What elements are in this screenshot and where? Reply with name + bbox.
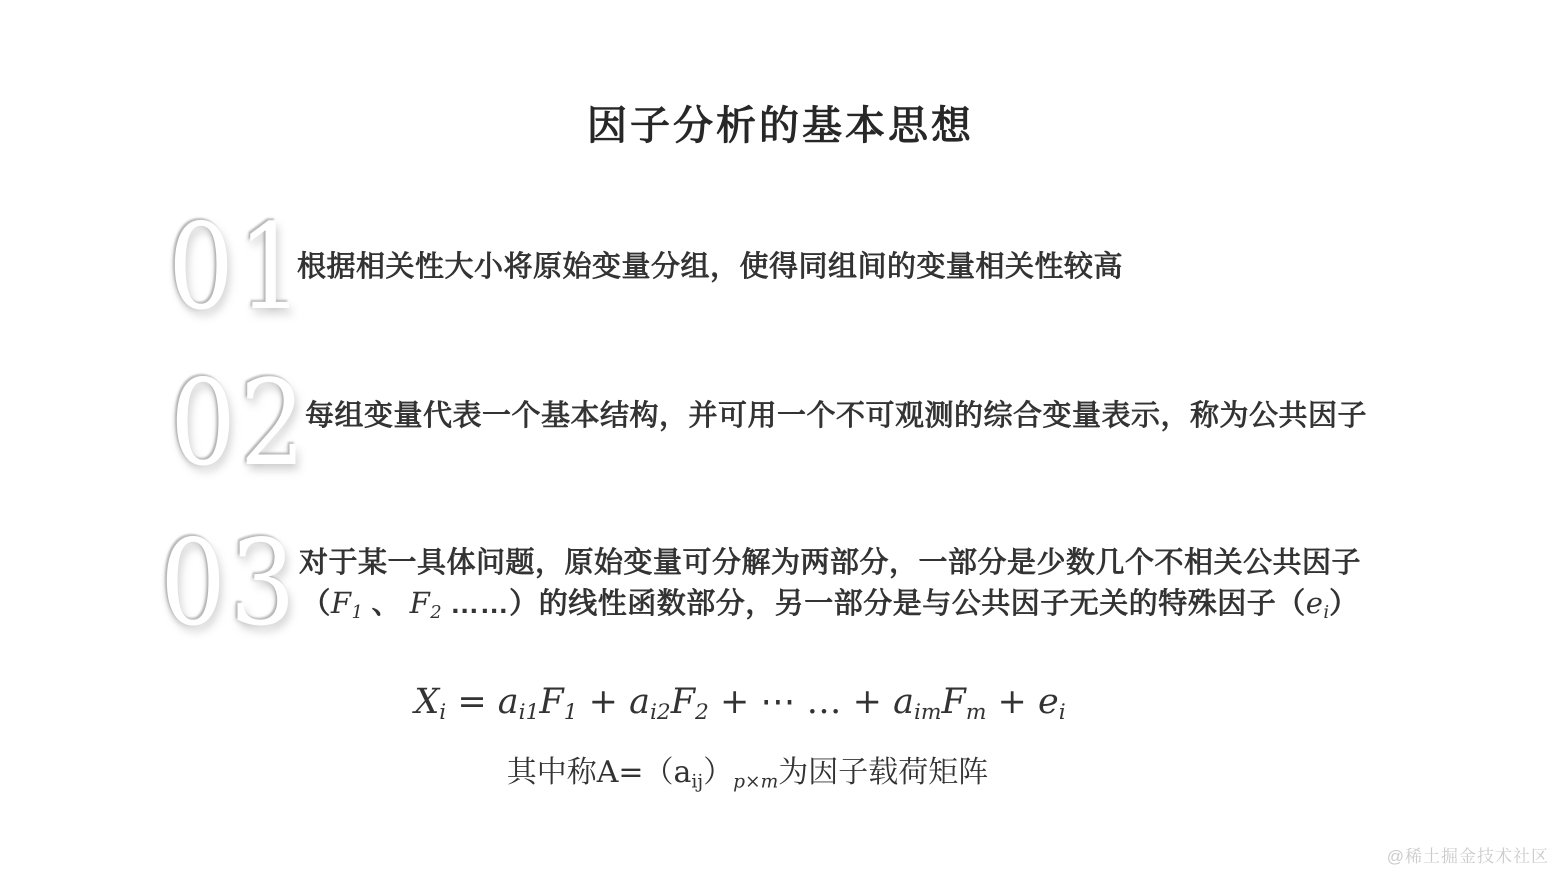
point-1-text: 根据相关性大小将原始变量分组，使得同组间的变量相关性较高 xyxy=(297,247,1123,287)
math-var-a: a xyxy=(674,755,692,790)
point-3-line2-text: 的线性函数部分，另一部分是与公共因子无关的特殊因子（ xyxy=(539,588,1306,620)
math-sub-f1: 1 xyxy=(564,700,578,725)
math-sub-fm: m xyxy=(966,700,987,725)
plus-sign-2: + xyxy=(986,682,1038,722)
caption-tail: 为因子载荷矩阵 xyxy=(778,755,988,790)
paren-open: （ xyxy=(644,755,674,790)
math-var-Fm: F xyxy=(942,682,966,722)
math-sub-2: 2 xyxy=(430,602,441,623)
math-var-a1: a xyxy=(498,682,519,722)
factor-model-formula: Xi = ai1F1 + ai2F2 + ⋯ … + aimFm + ei xyxy=(0,678,1480,737)
math-var-e: e xyxy=(1038,682,1059,722)
math-sub-im: im xyxy=(914,700,942,725)
caption-lead: 其中称A= xyxy=(507,755,644,790)
plus-ellipsis: + ⋯ … + xyxy=(709,682,893,722)
point-2-number: 02 xyxy=(170,364,309,482)
point-1-number: 01 xyxy=(168,208,307,326)
math-sub-i1: i1 xyxy=(519,700,540,725)
math-sub-ei: i xyxy=(1059,700,1066,725)
math-var-F1: F xyxy=(539,682,563,722)
math-var-X: X xyxy=(414,682,439,722)
math-sub-ij: ij xyxy=(691,772,703,793)
point-3-text: 对于某一具体问题，原始变量可分解为两部分，一部分是少数几个不相关公共因子 （F1… xyxy=(245,543,1415,633)
loading-matrix-caption: 其中称A=（aij）p×m为因子载荷矩阵 xyxy=(0,750,1495,806)
math-var-F1: F xyxy=(331,586,352,620)
watermark: @稀土掘金技术社区 xyxy=(1387,842,1549,867)
plus-sign: + xyxy=(578,682,630,722)
paren-close: ） xyxy=(1329,588,1359,620)
math-sub-pxm: p×m xyxy=(733,772,778,793)
point-3-line2: （F1 、 F2 ……）的线性函数部分，另一部分是与公共因子无关的特殊因子（ei… xyxy=(245,583,1415,633)
ellipsis: ……） xyxy=(442,588,539,620)
point-2-text: 每组变量代表一个基本结构，并可用一个不可观测的综合变量表示，称为公共因子 xyxy=(305,396,1367,436)
slide: 因子分析的基本思想 01 根据相关性大小将原始变量分组，使得同组间的变量相关性较… xyxy=(0,0,1561,875)
paren-close: ） xyxy=(703,755,733,790)
math-sub-f2: 2 xyxy=(695,700,709,725)
math-var-a2: a xyxy=(629,682,650,722)
math-var-F2: F xyxy=(671,682,695,722)
math-var-F2: F xyxy=(410,586,431,620)
paren-open: （ xyxy=(301,588,331,620)
equals-sign: = xyxy=(446,682,498,722)
point-3-line1: 对于某一具体问题，原始变量可分解为两部分，一部分是少数几个不相关公共因子 xyxy=(245,543,1415,583)
math-sub-i2: i2 xyxy=(650,700,671,725)
math-var-am: a xyxy=(893,682,914,722)
math-sub-1: 1 xyxy=(352,602,363,623)
math-var-e: e xyxy=(1306,586,1324,620)
page-title: 因子分析的基本思想 xyxy=(0,94,1561,151)
separator: 、 xyxy=(363,588,410,620)
